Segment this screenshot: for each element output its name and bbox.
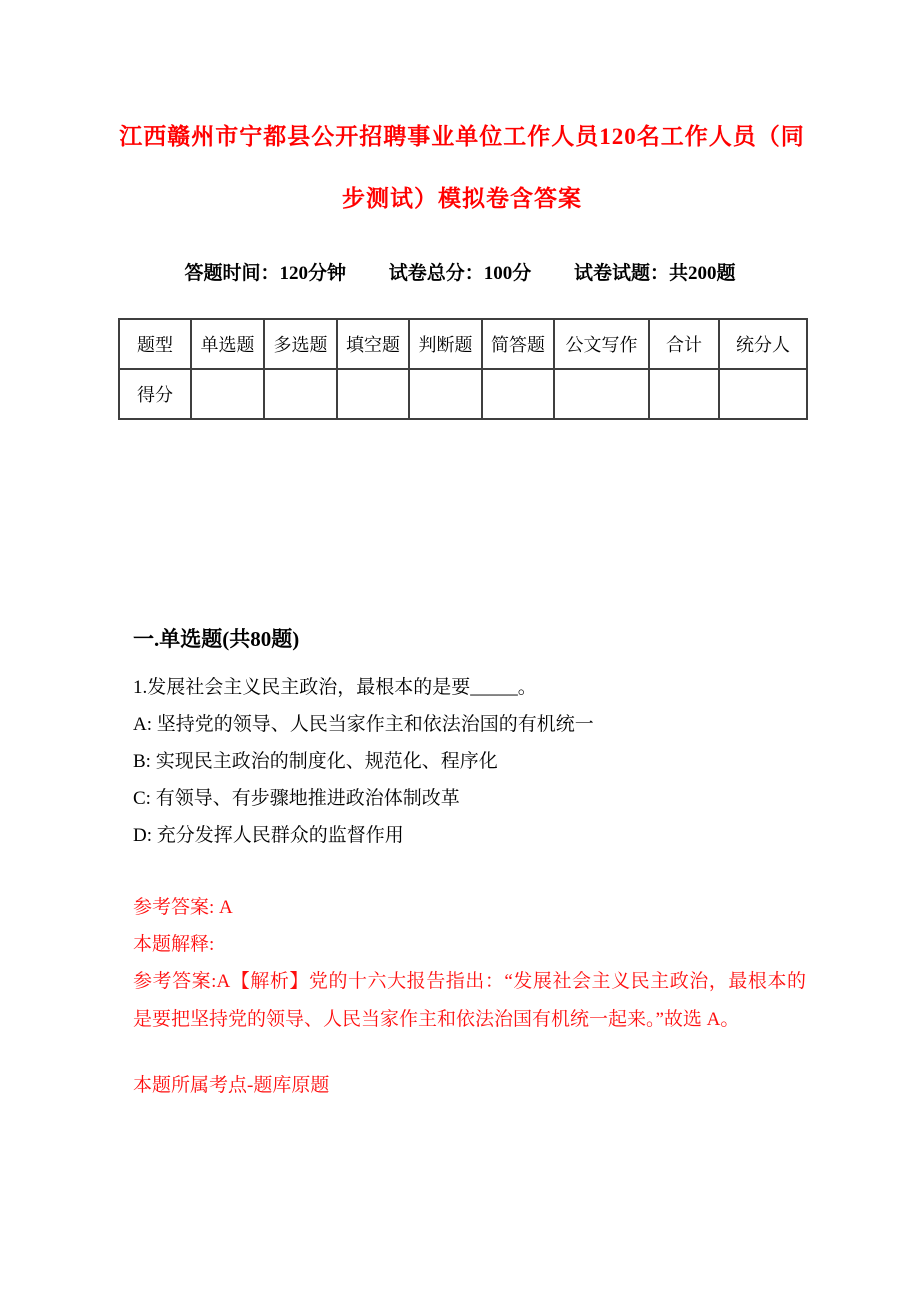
answer-block: 参考答案: A 本题解释: 参考答案:A【解析】党的十六大报告指出：“发展社会主…	[133, 889, 806, 1104]
document-title: 江西赣州市宁都县公开招聘事业单位工作人员120名工作人员（同步测试）模拟卷含答案	[0, 0, 920, 230]
score-table-header-row: 题型 单选题 多选题 填空题 判断题 简答题 公文写作 合计 统分人	[119, 319, 807, 369]
header-cell-short-answer: 简答题	[482, 319, 554, 369]
question-1-option-c: C: 有领导、有步骤地推进政治体制改革	[133, 780, 806, 817]
exam-document-page: 江西赣州市宁都县公开招聘事业单位工作人员120名工作人员（同步测试）模拟卷含答案…	[0, 0, 920, 1302]
header-cell-multi-choice: 多选题	[264, 319, 337, 369]
exam-meta-line: 答题时间：120分钟 试卷总分：100分 试卷试题：共200题	[0, 260, 920, 288]
meta-answer-time: 答题时间：120分钟	[184, 263, 346, 284]
score-cell-official-writing	[554, 369, 649, 419]
question-1-option-a: A: 坚持党的领导、人民当家作主和依法治国的有机统一	[133, 706, 806, 743]
header-cell-scorer: 统分人	[719, 319, 807, 369]
header-cell-judgment: 判断题	[409, 319, 482, 369]
meta-question-count: 试卷试题：共200题	[574, 263, 736, 284]
score-cell-multi-choice	[264, 369, 337, 419]
header-cell-total: 合计	[649, 319, 719, 369]
section-heading: 一.单选题(共80题)	[133, 624, 806, 654]
score-table: 题型 单选题 多选题 填空题 判断题 简答题 公文写作 合计 统分人 得分	[118, 318, 808, 420]
score-cell-total	[649, 369, 719, 419]
meta-total-score: 试卷总分：100分	[389, 263, 532, 284]
question-1-text: 1.发展社会主义民主政治，最根本的是要_____。	[133, 669, 806, 706]
header-cell-fill-blank: 填空题	[337, 319, 409, 369]
question-1-option-d: D: 充分发挥人民群众的监督作用	[133, 817, 806, 854]
reference-answer: 参考答案: A	[133, 889, 806, 926]
explanation-label: 本题解释:	[133, 926, 806, 963]
explanation-text: 参考答案:A【解析】党的十六大报告指出：“发展社会主义民主政治，最根本的是要把坚…	[133, 963, 806, 1039]
question-1-option-b: B: 实现民主政治的制度化、规范化、程序化	[133, 743, 806, 780]
score-table-score-row: 得分	[119, 369, 807, 419]
exam-point-source: 本题所属考点-题库原题	[133, 1067, 806, 1104]
header-cell-question-type: 题型	[119, 319, 191, 369]
score-cell-short-answer	[482, 369, 554, 419]
score-cell-single-choice	[191, 369, 264, 419]
header-cell-official-writing: 公文写作	[554, 319, 649, 369]
exam-body: 一.单选题(共80题) 1.发展社会主义民主政治，最根本的是要_____。 A:…	[0, 624, 920, 1104]
score-cell-scorer	[719, 369, 807, 419]
score-row-label: 得分	[119, 369, 191, 419]
score-cell-fill-blank	[337, 369, 409, 419]
header-cell-single-choice: 单选题	[191, 319, 264, 369]
score-cell-judgment	[409, 369, 482, 419]
